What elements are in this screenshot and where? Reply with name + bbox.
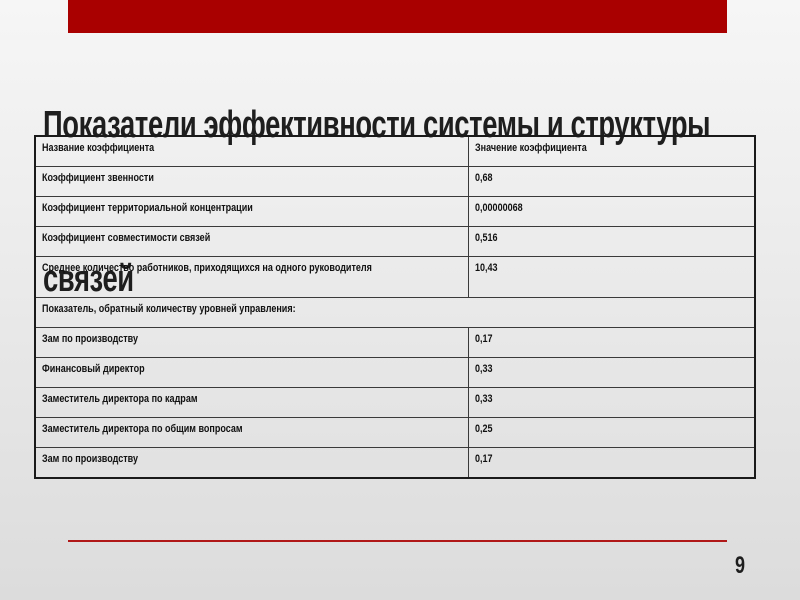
footer-divider <box>68 540 727 542</box>
row-name: Заместитель директора по кадрам <box>35 388 469 418</box>
row-name: Среднее количество работников, приходящи… <box>35 257 469 298</box>
row-name: Коэффициент территориальной концентрации <box>35 197 469 227</box>
table-row: Финансовый директор 0,33 <box>35 358 755 388</box>
table-row: Заместитель директора по кадрам 0,33 <box>35 388 755 418</box>
table-row: Заместитель директора по общим вопросам … <box>35 418 755 448</box>
row-name: Зам по производству <box>35 448 469 479</box>
table-row: Коэффициент территориальной концентрации… <box>35 197 755 227</box>
table-row: Зам по производству 0,17 <box>35 448 755 479</box>
row-value: 0,00000068 <box>469 197 756 227</box>
table-header-row: Название коэффициента Значение коэффицие… <box>35 136 755 167</box>
header-name: Название коэффициента <box>35 136 469 167</box>
row-value: 0,516 <box>469 227 756 257</box>
row-value: 0,68 <box>469 167 756 197</box>
row-name: Зам по производству <box>35 328 469 358</box>
page-number: 9 <box>735 552 745 580</box>
row-name: Коэффициент совместимости связей <box>35 227 469 257</box>
header-value: Значение коэффициента <box>469 136 756 167</box>
section-label: Показатель, обратный количеству уровней … <box>35 298 755 328</box>
table-section-row: Показатель, обратный количеству уровней … <box>35 298 755 328</box>
table-row: Среднее количество работников, приходящи… <box>35 257 755 298</box>
row-value: 0,33 <box>469 358 756 388</box>
table-row: Коэффициент звенности 0,68 <box>35 167 755 197</box>
row-value: 10,43 <box>469 257 756 298</box>
table-row: Коэффициент совместимости связей 0,516 <box>35 227 755 257</box>
coefficients-table: Название коэффициента Значение коэффицие… <box>34 135 756 479</box>
row-value: 0,33 <box>469 388 756 418</box>
row-value: 0,25 <box>469 418 756 448</box>
row-name: Коэффициент звенности <box>35 167 469 197</box>
row-value: 0,17 <box>469 448 756 479</box>
row-name: Финансовый директор <box>35 358 469 388</box>
table-row: Зам по производству 0,17 <box>35 328 755 358</box>
row-name: Заместитель директора по общим вопросам <box>35 418 469 448</box>
row-value: 0,17 <box>469 328 756 358</box>
